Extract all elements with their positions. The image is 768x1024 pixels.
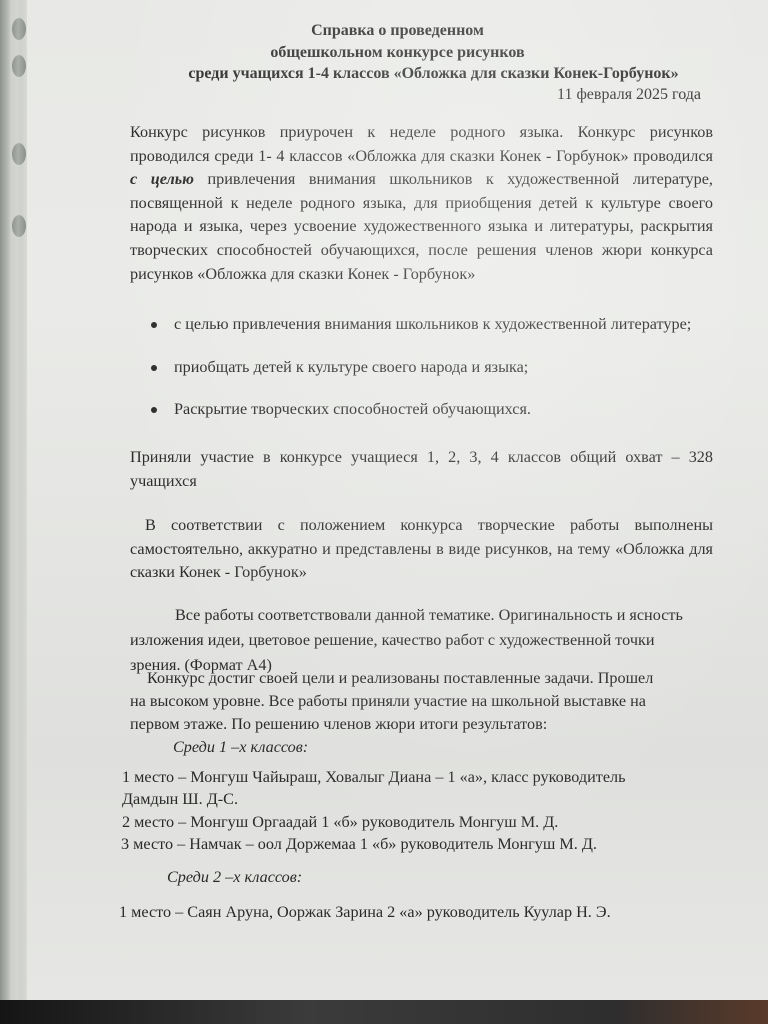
intro-emphasis: с целью [130, 170, 194, 188]
bullet-icon [151, 365, 157, 371]
criteria-line-1: Все работы соответствовали данной темати… [175, 604, 683, 626]
document-title-line-1: Справка о проведенном [27, 21, 768, 41]
conclusion-line-1: Конкурс достиг своей цели и реализованы … [147, 667, 653, 689]
document-title-line-2: общешкольном конкурсе рисунков [27, 43, 768, 63]
goal-item: приобщать детей к культуре своего народа… [147, 356, 713, 380]
plastic-sleeve [8, 0, 28, 1024]
document-page: Справка о проведенном общешкольном конку… [27, 0, 768, 1003]
bullet-icon [151, 322, 157, 328]
goal-text: с целью привлечения внимания школьников … [174, 315, 691, 333]
regulations-paragraph: В соответствии с положением конкурса тво… [130, 514, 713, 585]
goal-item: Раскрытие творческих способностей обучаю… [147, 398, 713, 422]
participation-paragraph: Приняли участие в конкурсе учащиеся 1, 2… [130, 446, 713, 493]
bullet-icon [151, 407, 157, 413]
result-grade-1-place-1: 1 место – Монгуш Чайыраш, Ховалыг Диана … [122, 766, 626, 788]
goals-list: с целью привлечения внимания школьников … [147, 313, 713, 422]
goal-text: Раскрытие творческих способностей обучаю… [174, 400, 531, 418]
conclusion-line-2: на высоком уровне. Все работы приняли уч… [130, 690, 646, 712]
goal-item: с целью привлечения внимания школьников … [147, 313, 713, 337]
result-grade-1-place-3: 3 место – Намчак – оол Доржемаа 1 «б» ру… [121, 833, 597, 855]
document-title-line-3: среди учащихся 1-4 классов «Обложка для … [63, 64, 768, 84]
result-grade-1-place-2: 2 место – Монгуш Оргаадай 1 «б» руководи… [122, 811, 558, 833]
conclusion-line-3: первом этаже. По решению членов жюри ито… [130, 713, 547, 735]
results-heading-grade-1: Среди 1 –х классов: [173, 736, 308, 758]
intro-text-2: привлечения внимания школьников к художе… [130, 170, 713, 282]
goal-text: приобщать детей к культуре своего народа… [174, 358, 528, 376]
table-surface [0, 1000, 768, 1024]
intro-paragraph: Конкурс рисунков приурочен к неделе родн… [130, 121, 713, 286]
criteria-line-2: изложения идеи, цветовое решение, качест… [130, 629, 655, 651]
results-heading-grade-2: Среди 2 –х классов: [167, 866, 302, 888]
result-grade-2-place-1: 1 место – Саян Аруна, Ооржак Зарина 2 «а… [119, 901, 611, 923]
document-date: 11 февраля 2025 года [557, 85, 701, 105]
intro-text-1: Конкурс рисунков приурочен к неделе родн… [130, 123, 713, 165]
result-grade-1-place-1-cont: Дамдын Ш. Д-С. [122, 788, 238, 810]
